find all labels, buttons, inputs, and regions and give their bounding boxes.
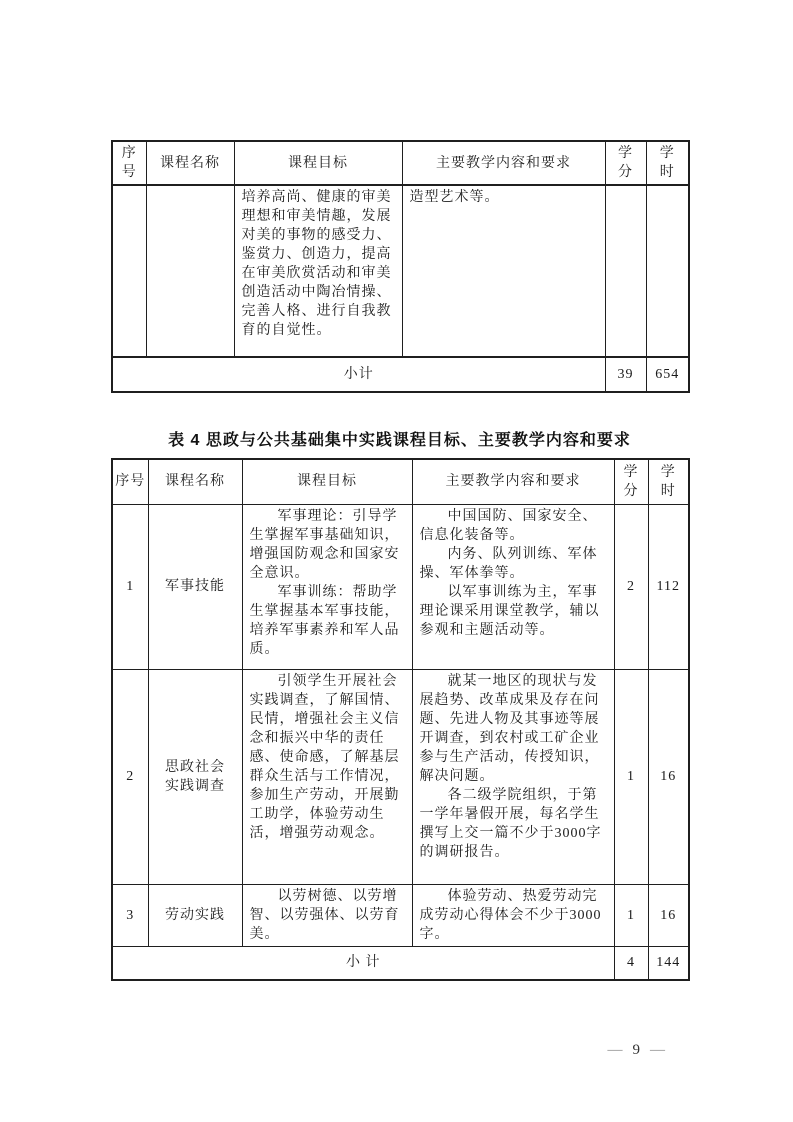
content-paragraph: 就某一地区的现状与发展趋势、改革成果及存在问题、先进人物及其事迹等展开调查，到农… bbox=[420, 672, 607, 786]
cell-seq: 1 bbox=[112, 504, 148, 669]
cell-content: 体验劳动、热爱劳动完成劳动心得体会不少于3000字。 bbox=[412, 884, 614, 946]
document-page: 序 号 课程名称 课程目标 主要教学内容和要求 学 分 学 时 培养高尚、健康的… bbox=[0, 0, 793, 1122]
cell-credits: 1 bbox=[614, 669, 648, 884]
content-paragraph: 中国国防、国家安全、信息化装备等。 bbox=[420, 507, 607, 545]
page-number: 9 bbox=[633, 1042, 642, 1058]
col-header-seq: 序 号 bbox=[112, 141, 146, 185]
subtotal-row: 小 计 4 144 bbox=[112, 946, 689, 980]
cell-seq-empty bbox=[112, 185, 146, 357]
content-paragraph: 造型艺术等。 bbox=[410, 188, 598, 207]
table-continued: 序 号 课程名称 课程目标 主要教学内容和要求 学 分 学 时 培养高尚、健康的… bbox=[111, 140, 690, 393]
col-header-hours: 学 时 bbox=[648, 459, 689, 504]
table-row: 1 军事技能 军事理论：引导学生掌握军事基础知识，增强国防观念和国家安全意识。 … bbox=[112, 504, 689, 669]
cell-objective: 培养高尚、健康的审美理想和审美情趣，发展对美的事物的感受力、鉴赏力、创造力，提高… bbox=[234, 185, 402, 357]
col-header-seq: 序号 bbox=[112, 459, 148, 504]
col-header-objective: 课程目标 bbox=[234, 141, 402, 185]
col-header-hours: 学 时 bbox=[646, 141, 689, 185]
cell-content: 造型艺术等。 bbox=[402, 185, 605, 357]
subtotal-credits: 39 bbox=[605, 357, 646, 392]
page-footer: —9— bbox=[599, 1042, 676, 1059]
cell-objective: 军事理论：引导学生掌握军事基础知识，增强国防观念和国家安全意识。 军事训练：帮助… bbox=[242, 504, 412, 669]
cell-course-name: 思政社会 实践调查 bbox=[148, 669, 242, 884]
cell-course-name: 军事技能 bbox=[148, 504, 242, 669]
subtotal-hours: 144 bbox=[648, 946, 689, 980]
content-paragraph: 以军事训练为主，军事理论课采用课堂教学，辅以参观和主题活动等。 bbox=[420, 583, 607, 640]
table4-title: 表 4 思政与公共基础集中实践课程目标、主要教学内容和要求 bbox=[111, 427, 688, 450]
table-row: 2 思政社会 实践调查 引领学生开展社会实践调查，了解国情、民情，增强社会主义信… bbox=[112, 669, 689, 884]
objective-paragraph: 以劳树德、以劳增智、以劳强体、以劳育美。 bbox=[250, 887, 405, 944]
table-row: 培养高尚、健康的审美理想和审美情趣，发展对美的事物的感受力、鉴赏力、创造力，提高… bbox=[112, 185, 689, 357]
cell-hours: 16 bbox=[648, 884, 689, 946]
subtotal-label: 小 计 bbox=[112, 946, 614, 980]
subtotal-label: 小计 bbox=[112, 357, 605, 392]
cell-seq: 3 bbox=[112, 884, 148, 946]
objective-paragraph: 军事训练：帮助学生掌握基本军事技能，培养军事素养和军人品质。 bbox=[250, 583, 405, 659]
cell-hours: 16 bbox=[648, 669, 689, 884]
table-4: 序号 课程名称 课程目标 主要教学内容和要求 学 分 学 时 1 军事技能 军事… bbox=[111, 458, 690, 981]
objective-paragraph: 培养高尚、健康的审美理想和审美情趣，发展对美的事物的感受力、鉴赏力、创造力，提高… bbox=[242, 188, 395, 340]
subtotal-hours: 654 bbox=[646, 357, 689, 392]
col-header-course-name: 课程名称 bbox=[146, 141, 234, 185]
cell-credits: 2 bbox=[614, 504, 648, 669]
cell-course-name-empty bbox=[146, 185, 234, 357]
col-header-content: 主要教学内容和要求 bbox=[402, 141, 605, 185]
cell-content: 就某一地区的现状与发展趋势、改革成果及存在问题、先进人物及其事迹等展开调查，到农… bbox=[412, 669, 614, 884]
col-header-objective: 课程目标 bbox=[242, 459, 412, 504]
content-paragraph: 内务、队列训练、军体操、军体拳等。 bbox=[420, 545, 607, 583]
footer-dash-right: — bbox=[641, 1042, 675, 1058]
cell-seq: 2 bbox=[112, 669, 148, 884]
cell-credits-empty bbox=[605, 185, 646, 357]
content-paragraph: 各二级学院组织，于第一学年暑假开展，每名学生撰写上交一篇不少于3000字的调研报… bbox=[420, 786, 607, 862]
cell-credits: 1 bbox=[614, 884, 648, 946]
footer-dash-left: — bbox=[599, 1042, 633, 1058]
col-header-credits: 学 分 bbox=[614, 459, 648, 504]
col-header-content: 主要教学内容和要求 bbox=[412, 459, 614, 504]
cell-hours: 112 bbox=[648, 504, 689, 669]
table-row: 3 劳动实践 以劳树德、以劳增智、以劳强体、以劳育美。 体验劳动、热爱劳动完成劳… bbox=[112, 884, 689, 946]
cell-course-name: 劳动实践 bbox=[148, 884, 242, 946]
cell-objective: 以劳树德、以劳增智、以劳强体、以劳育美。 bbox=[242, 884, 412, 946]
cell-objective: 引领学生开展社会实践调查，了解国情、民情，增强社会主义信念和振兴中华的责任感、使… bbox=[242, 669, 412, 884]
cell-hours-empty bbox=[646, 185, 689, 357]
col-header-course-name: 课程名称 bbox=[148, 459, 242, 504]
objective-paragraph: 引领学生开展社会实践调查，了解国情、民情，增强社会主义信念和振兴中华的责任感、使… bbox=[250, 672, 405, 843]
content-paragraph: 体验劳动、热爱劳动完成劳动心得体会不少于3000字。 bbox=[420, 887, 607, 944]
subtotal-row: 小计 39 654 bbox=[112, 357, 689, 392]
col-header-credits: 学 分 bbox=[605, 141, 646, 185]
subtotal-credits: 4 bbox=[614, 946, 648, 980]
objective-paragraph: 军事理论：引导学生掌握军事基础知识，增强国防观念和国家安全意识。 bbox=[250, 507, 405, 583]
table-header-row: 序号 课程名称 课程目标 主要教学内容和要求 学 分 学 时 bbox=[112, 459, 689, 504]
table-header-row: 序 号 课程名称 课程目标 主要教学内容和要求 学 分 学 时 bbox=[112, 141, 689, 185]
cell-content: 中国国防、国家安全、信息化装备等。 内务、队列训练、军体操、军体拳等。 以军事训… bbox=[412, 504, 614, 669]
